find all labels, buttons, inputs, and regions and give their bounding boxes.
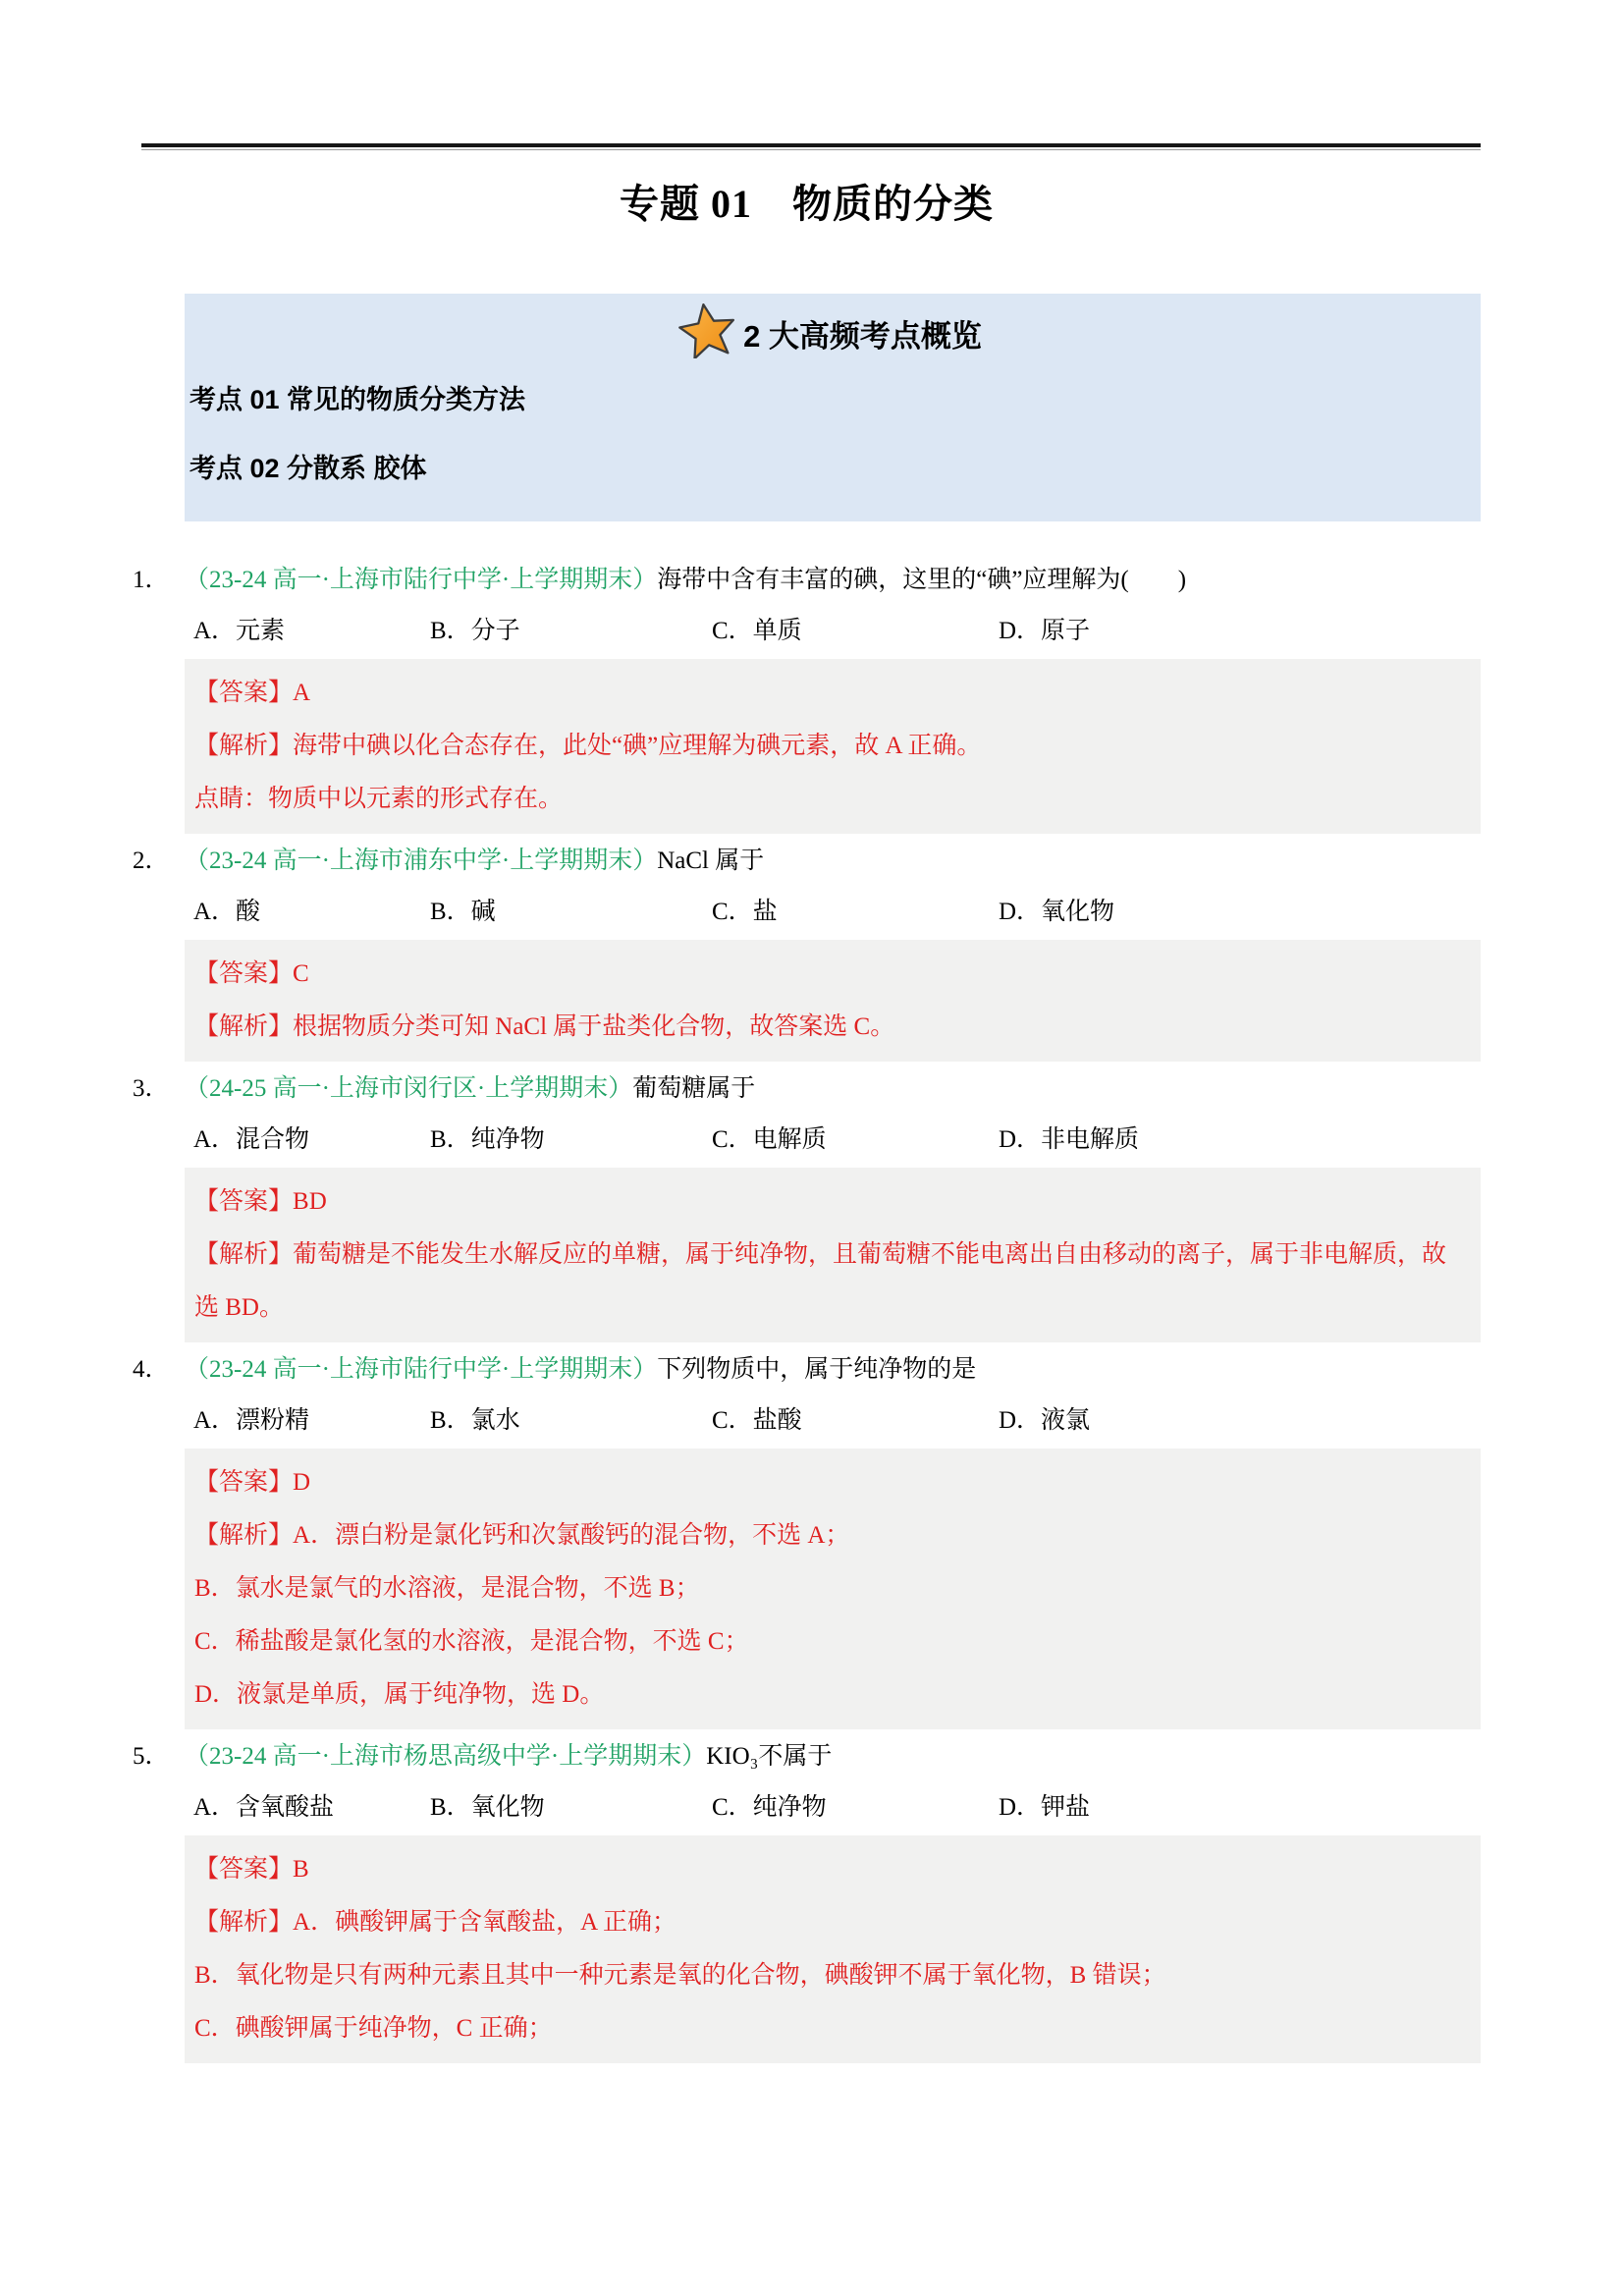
answer-value: B (293, 1856, 309, 1883)
explanation-label: 【解析】 (194, 1013, 293, 1040)
option-a: A．混合物 (193, 1124, 430, 1156)
option-a: A．漂粉精 (193, 1405, 430, 1437)
overview-item-2: 考点 02 分散系 胶体 (189, 451, 1471, 486)
explanation-line: 点睛：物质中以元素的形式存在。 (194, 773, 1463, 826)
explanation-label: 【解析】 (194, 1522, 293, 1549)
question-number: 3． (133, 1073, 185, 1105)
option-d: D．液氯 (999, 1405, 1481, 1437)
answer-label: 【答案】 (194, 960, 293, 987)
options-row: A．酸 B．碱 C．盐 D．氧化物 (193, 897, 1481, 928)
option-c: C．电解质 (712, 1124, 999, 1156)
question-source: （23-24 高一·上海市陆行中学·上学期期末） (185, 1356, 657, 1383)
options-row: A．混合物 B．纯净物 C．电解质 D．非电解质 (193, 1124, 1481, 1156)
question-block-3: 3． （24-25 高一·上海市闵行区·上学期期末）葡萄糖属于 A．混合物 B．… (133, 1073, 1481, 1342)
explanation-text: 根据物质分类可知 NaCl 属于盐类化合物，故答案选 C。 (293, 1013, 894, 1040)
answer-label: 【答案】 (194, 1856, 293, 1883)
option-c: C．纯净物 (712, 1792, 999, 1824)
answer-line: 【答案】BD (194, 1175, 1463, 1229)
question-text: （24-25 高一·上海市闵行区·上学期期末）葡萄糖属于 (185, 1073, 1481, 1105)
answer-value: D (293, 1469, 310, 1496)
question-line: 2． （23-24 高一·上海市浦东中学·上学期期末）NaCl 属于 (133, 846, 1481, 877)
question-line: 5． （23-24 高一·上海市杨思高级中学·上学期期末）KIO₃不属于 (133, 1741, 1481, 1773)
explanation-line: B．氯水是氯气的水溶液，是混合物，不选 B； (194, 1562, 1463, 1615)
question-number: 4． (133, 1354, 185, 1386)
question-stem: KIO₃不属于 (706, 1743, 832, 1770)
option-d: D．氧化物 (999, 897, 1481, 928)
question-text: （23-24 高一·上海市浦东中学·上学期期末）NaCl 属于 (185, 846, 1481, 877)
explanation-text: A．碘酸钾属于含氧酸盐，A 正确； (293, 1909, 676, 1936)
question-stem: 海带中含有丰富的碘，这里的“碘”应理解为( ) (657, 567, 1186, 593)
question-block-2: 2． （23-24 高一·上海市浦东中学·上学期期末）NaCl 属于 A．酸 B… (133, 846, 1481, 1062)
answer-line: 【答案】A (194, 667, 1463, 720)
explanation-line: 【解析】海带中碘以化合态存在，此处“碘”应理解为碘元素，故 A 正确。 (194, 720, 1463, 773)
options-row: A．漂粉精 B．氯水 C．盐酸 D．液氯 (193, 1405, 1481, 1437)
question-source: （24-25 高一·上海市闵行区·上学期期末） (185, 1075, 632, 1102)
question-line: 1． （23-24 高一·上海市陆行中学·上学期期末）海带中含有丰富的碘，这里的… (133, 565, 1481, 596)
option-b: B．碱 (430, 897, 712, 928)
option-d: D．非电解质 (999, 1124, 1481, 1156)
answer-box: 【答案】B 【解析】A．碘酸钾属于含氧酸盐，A 正确； B．氧化物是只有两种元素… (185, 1835, 1481, 2063)
answer-box: 【答案】D 【解析】A．漂白粉是氯化钙和次氯酸钙的混合物，不选 A； B．氯水是… (185, 1449, 1481, 1729)
explanation-label: 【解析】 (194, 1909, 293, 1936)
explanation-line: 【解析】A．碘酸钾属于含氧酸盐，A 正确； (194, 1896, 1463, 1949)
question-number: 2． (133, 846, 185, 877)
explanation-line: D．液氯是单质，属于纯净物，选 D。 (194, 1668, 1463, 1722)
answer-label: 【答案】 (194, 1188, 293, 1215)
answer-line: 【答案】B (194, 1843, 1463, 1896)
question-block-5: 5． （23-24 高一·上海市杨思高级中学·上学期期末）KIO₃不属于 A．含… (133, 1741, 1481, 2063)
explanation-line: B．氧化物是只有两种元素且其中一种元素是氧的化合物，碘酸钾不属于氧化物，B 错误… (194, 1949, 1463, 2002)
option-c: C．单质 (712, 616, 999, 647)
option-b: B．分子 (430, 616, 712, 647)
explanation-line: C．稀盐酸是氯化氢的水溶液，是混合物，不选 C； (194, 1615, 1463, 1668)
option-a: A．元素 (193, 616, 430, 647)
explanation-label: 【解析】 (194, 1241, 293, 1268)
options-row: A．元素 B．分子 C．单质 D．原子 (193, 616, 1481, 647)
question-text: （23-24 高一·上海市陆行中学·上学期期末）下列物质中，属于纯净物的是 (185, 1354, 1481, 1386)
header-rule (141, 143, 1481, 150)
explanation-label: 【解析】 (194, 733, 293, 759)
option-d: D．原子 (999, 616, 1481, 647)
question-source: （23-24 高一·上海市杨思高级中学·上学期期末） (185, 1743, 706, 1770)
answer-box: 【答案】A 【解析】海带中碘以化合态存在，此处“碘”应理解为碘元素，故 A 正确… (185, 659, 1481, 834)
explanation-text: A．漂白粉是氯化钙和次氯酸钙的混合物，不选 A； (293, 1522, 849, 1549)
question-number: 5． (133, 1741, 185, 1773)
question-line: 3． （24-25 高一·上海市闵行区·上学期期末）葡萄糖属于 (133, 1073, 1481, 1105)
option-c: C．盐 (712, 897, 999, 928)
answer-label: 【答案】 (194, 1469, 293, 1496)
option-b: B．纯净物 (430, 1124, 712, 1156)
option-a: A．含氧酸盐 (193, 1792, 430, 1824)
explanation-line: 【解析】根据物质分类可知 NaCl 属于盐类化合物，故答案选 C。 (194, 1001, 1463, 1054)
overview-heading-row: 2 大高频考点概览 (189, 300, 1471, 356)
explanation-line: 【解析】葡萄糖是不能发生水解反应的单糖，属于纯净物，且葡萄糖不能电离出自由移动的… (194, 1229, 1463, 1335)
question-text: （23-24 高一·上海市杨思高级中学·上学期期末）KIO₃不属于 (185, 1741, 1481, 1773)
answer-line: 【答案】D (194, 1456, 1463, 1509)
answer-label: 【答案】 (194, 680, 293, 706)
question-stem: 下列物质中，属于纯净物的是 (657, 1356, 976, 1383)
question-number: 1． (133, 565, 185, 596)
star-icon (678, 301, 735, 358)
answer-line: 【答案】C (194, 948, 1463, 1001)
explanation-text: 海带中碘以化合态存在，此处“碘”应理解为碘元素，故 A 正确。 (293, 733, 981, 759)
question-stem: NaCl 属于 (657, 847, 764, 874)
options-row: A．含氧酸盐 B．氧化物 C．纯净物 D．钾盐 (193, 1792, 1481, 1824)
question-block-4: 4． （23-24 高一·上海市陆行中学·上学期期末）下列物质中，属于纯净物的是… (133, 1354, 1481, 1729)
explanation-text: 葡萄糖是不能发生水解反应的单糖，属于纯净物，且葡萄糖不能电离出自由移动的离子，属… (194, 1241, 1446, 1321)
question-stem: 葡萄糖属于 (632, 1075, 755, 1102)
answer-value: C (293, 960, 309, 987)
question-block-1: 1． （23-24 高一·上海市陆行中学·上学期期末）海带中含有丰富的碘，这里的… (133, 565, 1481, 834)
answer-box: 【答案】BD 【解析】葡萄糖是不能发生水解反应的单糖，属于纯净物，且葡萄糖不能电… (185, 1168, 1481, 1342)
answer-value: BD (293, 1188, 327, 1215)
option-b: B．氯水 (430, 1405, 712, 1437)
explanation-line: 【解析】A．漂白粉是氯化钙和次氯酸钙的混合物，不选 A； (194, 1509, 1463, 1562)
option-c: C．盐酸 (712, 1405, 999, 1437)
question-source: （23-24 高一·上海市陆行中学·上学期期末） (185, 567, 657, 593)
answer-value: A (293, 680, 310, 706)
answer-box: 【答案】C 【解析】根据物质分类可知 NaCl 属于盐类化合物，故答案选 C。 (185, 940, 1481, 1062)
overview-heading: 2 大高频考点概览 (743, 317, 982, 356)
page-title: 专题 01 物质的分类 (133, 176, 1481, 233)
option-a: A．酸 (193, 897, 430, 928)
question-text: （23-24 高一·上海市陆行中学·上学期期末）海带中含有丰富的碘，这里的“碘”… (185, 565, 1481, 596)
question-line: 4． （23-24 高一·上海市陆行中学·上学期期末）下列物质中，属于纯净物的是 (133, 1354, 1481, 1386)
page: 专题 01 物质的分类 2 大高频考点概览 考点 01 常见的物质分类方法 考点… (133, 143, 1481, 2063)
overview-panel: 2 大高频考点概览 考点 01 常见的物质分类方法 考点 02 分散系 胶体 (185, 294, 1481, 521)
option-d: D．钾盐 (999, 1792, 1481, 1824)
option-b: B．氧化物 (430, 1792, 712, 1824)
explanation-line: C．碘酸钾属于纯净物，C 正确； (194, 2002, 1463, 2055)
overview-item-1: 考点 01 常见的物质分类方法 (189, 382, 1471, 417)
question-source: （23-24 高一·上海市浦东中学·上学期期末） (185, 847, 657, 874)
